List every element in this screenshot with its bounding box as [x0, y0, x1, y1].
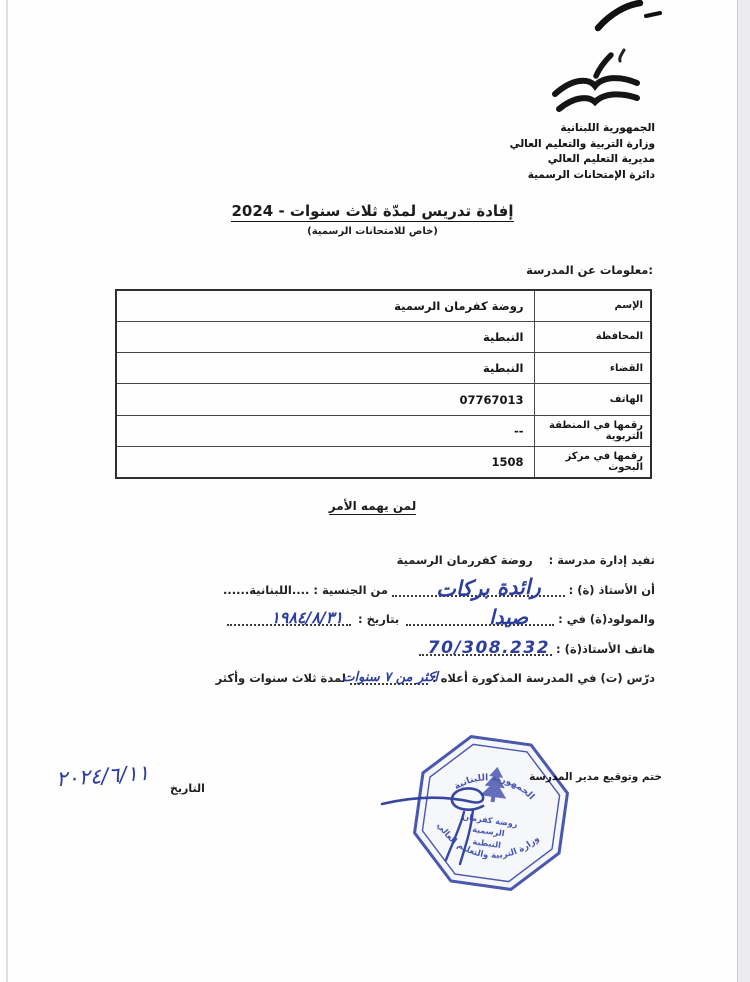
table-row: رقمها في مركز البحوث 1508: [116, 446, 651, 477]
statement-line-phone: هاتف الأستاذ(ة) : 70/308.232: [223, 642, 655, 656]
teacher-phone-label: هاتف الأستاذ(ة) :: [556, 642, 655, 656]
school-info-table: الإسم روضة كفرمان الرسمية المحافظة النبط…: [115, 289, 652, 479]
dotted-leader: ١٩٨٤/٨/٣١: [227, 623, 351, 626]
statement-line-teacher: أن الأستاذ (ة) : رائدة بركات من الجنسية …: [223, 583, 655, 597]
letterhead-line-department: دائرة الإمتحانات الرسمية: [510, 168, 655, 184]
taught-label: درّس (ت) في المدرسة المذكورة أعلاه :: [432, 671, 655, 685]
row-label-research-center-number: رقمها في مركز البحوث: [534, 446, 651, 477]
scanned-document-page: الجمهورية اللبنانية وزارة التربية والتعل…: [0, 0, 750, 982]
nationality-label: من الجنسية : ....اللبنانية......: [223, 583, 388, 597]
row-value-research-center-number: 1508: [116, 446, 534, 477]
handwritten-date: ٢٠٢٤/٦/١١: [55, 761, 150, 791]
statement-line-birth: والمولود(ة) في : صيدا بتاريخ : ١٩٨٤/٨/٣١: [223, 612, 655, 626]
to-whom-it-may-concern-heading: لمن يهمه الأمر: [329, 499, 416, 515]
birthdate-label: بتاريخ :: [358, 612, 399, 626]
dotted-leader: صيدا: [406, 623, 554, 626]
table-row: الإسم روضة كفرمان الرسمية: [116, 290, 651, 321]
row-value-edu-zone-number: --: [116, 415, 534, 446]
teacher-line-label: أن الأستاذ (ة) :: [569, 583, 655, 597]
table-row: المحافظة النبطية: [116, 321, 651, 352]
row-label-governorate: المحافظة: [534, 321, 651, 352]
handwritten-birthdate: ١٩٨٤/٨/٣١: [271, 608, 343, 627]
letterhead-line-ministry: وزارة التربية والتعليم العالي: [510, 137, 655, 153]
principal-signature: [376, 770, 571, 875]
letterhead: الجمهورية اللبنانية وزارة التربية والتعل…: [510, 121, 655, 183]
document-subtitle: (خاص للامتحانات الرسمية): [0, 226, 745, 237]
duration-label: لمدة ثلاث سنوات وأكثر: [216, 671, 346, 685]
letterhead-line-directorate: مديرية التعليم العالي: [510, 152, 655, 168]
title-block: إفادة تدريس لمدّة ثلاث سنوات - 2024 (خاص…: [0, 201, 745, 237]
table-row: رقمها في المنطقة التربوية --: [116, 415, 651, 446]
row-value-district: النبطية: [116, 353, 534, 384]
row-value-phone: 07767013: [116, 384, 534, 415]
row-label-edu-zone-number: رقمها في المنطقة التربوية: [534, 415, 651, 446]
school-info-heading: معلومات عن المدرسة:: [526, 263, 653, 277]
handwritten-phone: 70/308.232: [428, 638, 550, 658]
date-label: التاريخ: [170, 782, 205, 795]
row-label-district: القضاء: [534, 353, 651, 384]
dotted-leader: رائدة بركات: [392, 594, 565, 597]
school-line-value: روضة كفررمان الرسمية: [397, 553, 533, 567]
row-label-phone: الهاتف: [534, 384, 651, 415]
document-title: إفادة تدريس لمدّة ثلاث سنوات - 2024: [231, 202, 513, 222]
table-row: القضاء النبطية: [116, 353, 651, 384]
statement-line-school: تفيد إدارة مدرسة : روضة كفررمان الرسمية: [223, 553, 655, 567]
handwritten-teacher-name: رائدة بركات: [435, 574, 540, 601]
table-row: الهاتف 07767013: [116, 384, 651, 415]
row-label-name: الإسم: [534, 290, 651, 321]
statement-line-taught: درّس (ت) في المدرسة المذكورة أعلاه : اكث…: [223, 671, 655, 685]
letterhead-line-republic: الجمهورية اللبنانية: [510, 121, 655, 137]
page-edge-right: [737, 0, 750, 982]
handwritten-birthplace: صيدا: [489, 605, 528, 629]
statement-body: تفيد إدارة مدرسة : روضة كفررمان الرسمية …: [223, 553, 655, 701]
handwritten-years: اكثر من ٧ سنوات: [342, 670, 438, 685]
concern-heading-wrap: لمن يهمه الأمر: [0, 495, 745, 515]
page-edge-left: [6, 0, 8, 982]
dotted-leader: اكثر من ٧ سنوات: [350, 682, 428, 685]
row-value-name: روضة كفرمان الرسمية: [116, 290, 534, 321]
row-value-governorate: النبطية: [116, 321, 534, 352]
birthplace-label: والمولود(ة) في :: [558, 612, 655, 626]
ministry-logo-icon: [545, 52, 647, 122]
school-line-label: تفيد إدارة مدرسة :: [549, 553, 655, 567]
dotted-leader: 70/308.232: [419, 653, 552, 656]
